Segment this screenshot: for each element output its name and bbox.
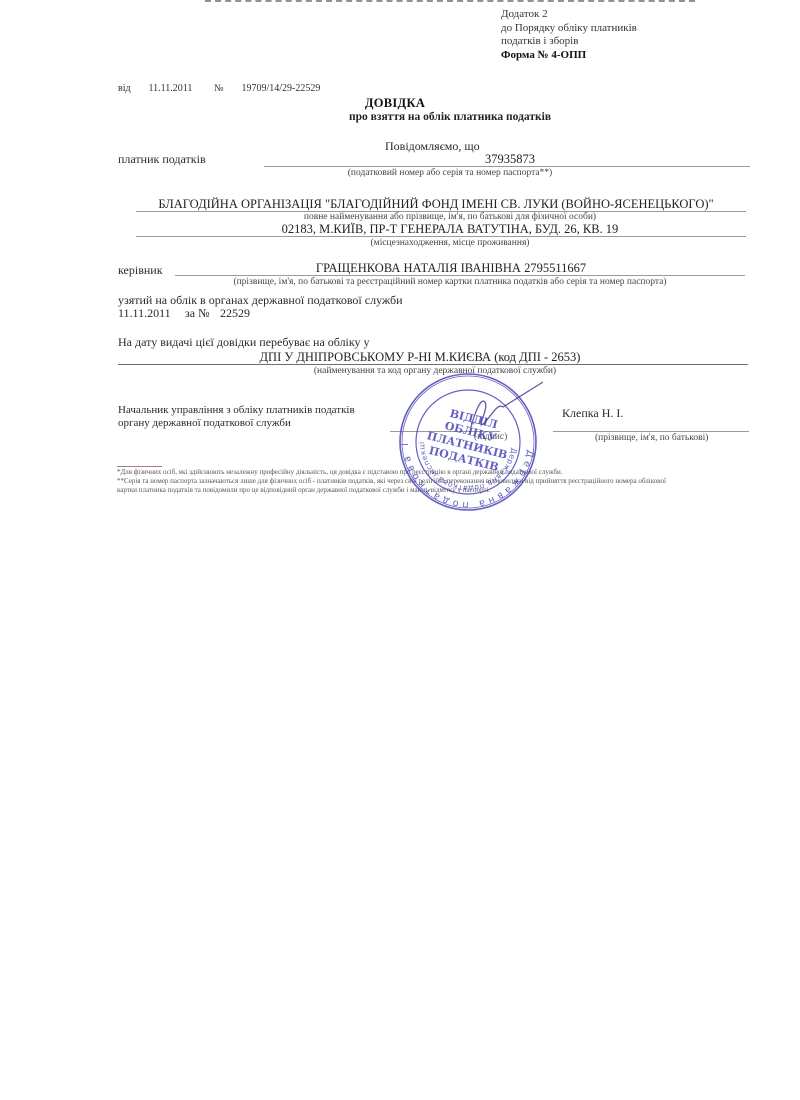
signer-name: Клепка Н. І. xyxy=(562,406,623,421)
signer-name-underline xyxy=(553,431,749,432)
footnote-1: *Для фізичних осіб, які здійснюють незал… xyxy=(117,468,666,477)
document-meta: від 11.11.2011 № 19709/14/29-22529 xyxy=(118,83,320,94)
address-underline xyxy=(136,236,746,237)
number-label: № xyxy=(214,83,239,94)
scan-edge-artifact xyxy=(205,0,695,5)
current-registration-text: На дату видачі цієї довідки перебуває на… xyxy=(118,335,370,350)
from-label: від xyxy=(118,83,146,94)
payer-label: платник податків xyxy=(118,152,206,167)
tax-number-hint: (податковий номер або серія та номер пас… xyxy=(0,168,800,178)
registered-number: 22529 xyxy=(220,306,250,321)
address-hint: (місцезнаходження, місце проживання) xyxy=(0,238,800,248)
outgoing-number: 19709/14/29-22529 xyxy=(242,83,321,94)
issue-date: 11.11.2011 xyxy=(149,83,212,94)
annex-block: Додаток 2 до Порядку обліку платників по… xyxy=(501,8,637,62)
registered-number-label: за № xyxy=(185,306,210,321)
official-stamp: Державна податкова інспекція у Дніпровсь… xyxy=(393,372,543,512)
signer-position-line-2: органу державної податкової служби xyxy=(118,417,291,429)
head-hint: (прізвище, ім'я, по батькові та реєстрац… xyxy=(0,277,800,287)
head-name: ГРАЩЕНКОВА НАТАЛІЯ ІВАНІВНА 2795511667 xyxy=(0,261,800,276)
registered-date: 11.11.2011 xyxy=(118,306,171,321)
stamp-seal-icon: Державна податкова інспекція у Дніпровсь… xyxy=(393,372,543,512)
signer-name-hint: (прізвище, ім'я, по батькові) xyxy=(595,433,708,443)
organization-name: БЛАГОДІЙНА ОРГАНІЗАЦІЯ "БЛАГОДІЙНИЙ ФОНД… xyxy=(0,197,800,212)
head-underline xyxy=(175,275,745,276)
annex-line-2: до Порядку обліку платників xyxy=(501,22,637,36)
address: 02183, М.КИЇВ, ПР-Т ГЕНЕРАЛА ВАТУТІНА, Б… xyxy=(0,222,800,237)
notify-text: Повідомляємо, що xyxy=(385,139,480,154)
annex-line-1: Додаток 2 xyxy=(501,8,637,22)
tax-number: 37935873 xyxy=(485,152,535,167)
form-number: Форма № 4-ОПП xyxy=(501,49,637,63)
footnote-2: **Серія та номер паспорта зазначаються л… xyxy=(117,477,666,486)
tax-authority-underline xyxy=(118,364,748,365)
annex-line-3: податків і зборів xyxy=(501,35,637,49)
footnote-3: картки платника податків та повідомили п… xyxy=(117,486,666,495)
document-subtitle: про взяття на облік платника податків xyxy=(0,111,800,123)
footnote-rule xyxy=(117,466,162,467)
footnotes: *Для фізичних осіб, які здійснюють незал… xyxy=(117,468,666,495)
organization-hint: повне найменування або прізвище, ім'я, п… xyxy=(0,212,800,222)
tax-authority: ДПІ У ДНІПРОВСЬКОМУ Р-НІ М.КИЄВА (код ДП… xyxy=(0,350,800,365)
signer-position-line-1: Начальник управління з обліку платників … xyxy=(118,404,355,416)
tax-number-underline xyxy=(264,166,750,167)
document-title: ДОВІДКА xyxy=(0,96,790,111)
